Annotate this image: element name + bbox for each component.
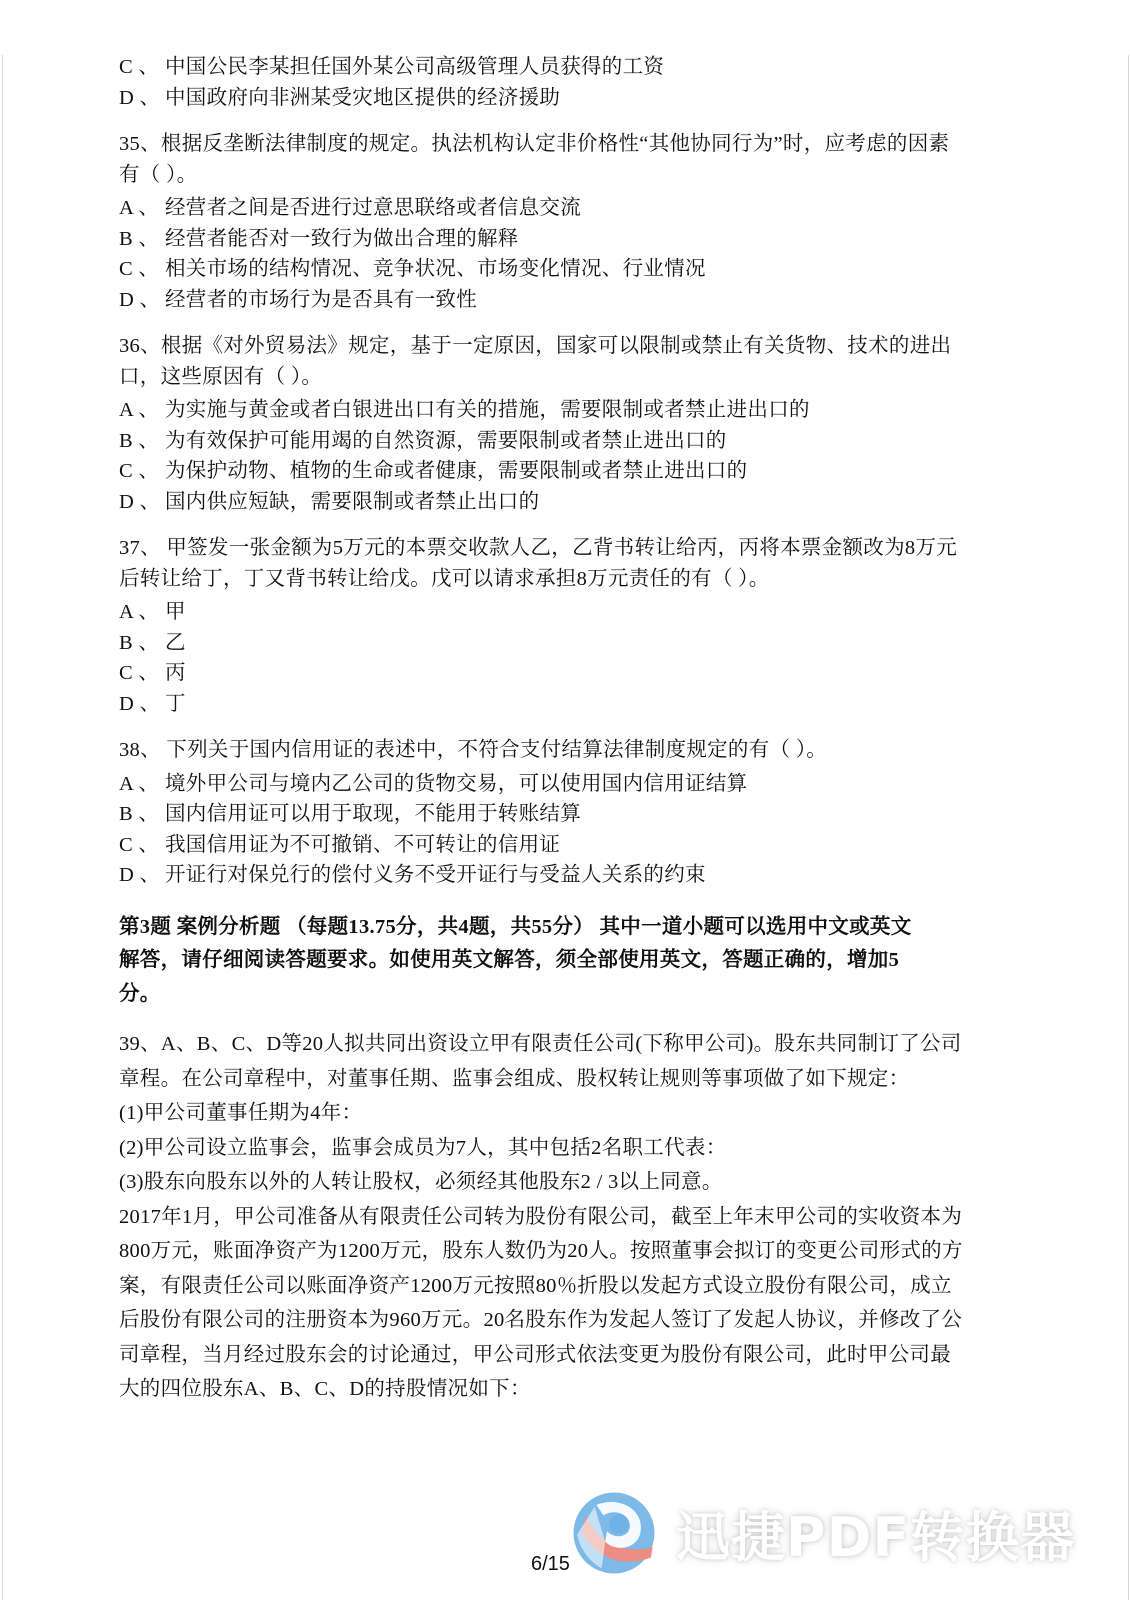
option-text: 经营者之间是否进行过意思联络或者信息交流 (165, 193, 581, 224)
case-text-line: 章程。在公司章程中，对董事任期、监事会组成、股权转让规则等事项做了如下规定： (119, 1062, 999, 1097)
option-c: C 、 我国信用证为不可撤销、不可转让的信用证 (119, 830, 999, 861)
option-text: 中国政府向非洲某受灾地区提供的经济援助 (165, 83, 560, 114)
option-text: 甲 (165, 597, 186, 628)
option-d: D 、 国内供应短缺，需要限制或者禁止出口的 (119, 487, 999, 518)
page-edge-right (1128, 55, 1129, 1600)
question-stem: 38、 下列关于国内信用证的表述中，不符合支付结算法律制度规定的有（ ）。 (119, 735, 999, 766)
option-separator: 、 (138, 773, 159, 795)
option-text: 相关市场的结构情况、竞争状况、市场变化情况、行业情况 (165, 254, 706, 285)
option-text: 中国公民李某担任国外某公司高级管理人员获得的工资 (165, 52, 664, 83)
case-rule-item: (2)甲公司设立监事会，监事会成员为7人，其中包括2名职工代表： (119, 1131, 999, 1166)
option-letter: B (119, 632, 133, 654)
question-stem: 36、根据《对外贸易法》规定，基于一定原因，国家可以限制或禁止有关货物、技术的进… (119, 331, 999, 392)
option-separator: 、 (138, 632, 159, 654)
option-text: 国内供应短缺，需要限制或者禁止出口的 (165, 487, 539, 518)
option-b: B 、 为有效保护可能用竭的自然资源，需要限制或者禁止进出口的 (119, 426, 999, 457)
option-separator: 、 (138, 803, 159, 825)
question-39: 39、A、B、C、D等20人拟共同出资设立甲有限责任公司(下称甲公司)。股东共同… (119, 1027, 999, 1407)
option-text: 乙 (165, 628, 186, 659)
case-rule-item: (3)股东向股东以外的人转让股权，必须经其他股东2 / 3以上同意。 (119, 1165, 999, 1200)
option-d: D 、 中国政府向非洲某受灾地区提供的经济援助 (119, 83, 999, 114)
option-separator: 、 (140, 864, 161, 886)
option-letter: B (119, 430, 133, 452)
option-d: D 、 丁 (119, 689, 999, 720)
option-separator: 、 (138, 430, 159, 452)
question-stem-line: 有（ ）。 (119, 160, 999, 191)
section-header-line: 解答，请仔细阅读答题要求。如使用英文解答，须全部使用英文，答题正确的，增加5 (119, 944, 999, 978)
option-letter: B (119, 803, 133, 825)
option-letter: C (119, 56, 133, 78)
option-letter: B (119, 228, 133, 250)
option-separator: 、 (138, 399, 159, 421)
option-a: A 、 为实施与黄金或者白银进出口有关的措施，需要限制或者禁止进出口的 (119, 395, 999, 426)
section-header-line: 分。 (119, 978, 999, 1012)
prev-question-options: C 、 中国公民李某担任国外某公司高级管理人员获得的工资 D 、 中国政府向非洲… (119, 52, 999, 113)
option-c: C 、 相关市场的结构情况、竞争状况、市场变化情况、行业情况 (119, 254, 999, 285)
option-letter: A (119, 399, 133, 421)
page-number: 6/15 (531, 1553, 570, 1576)
option-text: 国内信用证可以用于取现，不能用于转账结算 (165, 799, 581, 830)
question-stem-line: 36、根据《对外贸易法》规定，基于一定原因，国家可以限制或禁止有关货物、技术的进… (119, 331, 999, 362)
option-text: 开证行对保兑行的偿付义务不受开证行与受益人关系的约束 (165, 860, 706, 891)
option-separator: 、 (138, 834, 159, 856)
section-header: 第3题 案例分析题 （每题13.75分，共4题，共55分） 其中一道小题可以选用… (119, 911, 999, 1012)
case-text-line: 司章程，当月经过股东会的讨论通过，甲公司形式依法变更为股份有限公司，此时甲公司最 (119, 1338, 999, 1373)
option-separator: 、 (138, 601, 159, 623)
option-separator: 、 (138, 197, 159, 219)
option-text: 为保护动物、植物的生命或者健康，需要限制或者禁止进出口的 (165, 456, 747, 487)
option-text: 丙 (165, 658, 186, 689)
question-38: 38、 下列关于国内信用证的表述中，不符合支付结算法律制度规定的有（ ）。 A … (119, 735, 999, 891)
option-letter: A (119, 601, 133, 623)
case-text-line: 2017年1月，甲公司准备从有限责任公司转为股份有限公司，截至上年末甲公司的实收… (119, 1200, 999, 1235)
question-stem-line: 口，这些原因有（ ）。 (119, 362, 999, 393)
option-letter: C (119, 662, 133, 684)
question-37: 37、 甲签发一张金额为5万元的本票交收款人乙，乙背书转让给丙，丙将本票金额改为… (119, 533, 999, 719)
option-separator: 、 (140, 289, 161, 311)
option-text: 经营者能否对一致行为做出合理的解释 (165, 224, 519, 255)
question-stem-line: 35、根据反垄断法律制度的规定。执法机构认定非价格性“其他协同行为”时，应考虑的… (119, 129, 999, 160)
watermark: 迅捷PDF转换器 (570, 1483, 1090, 1583)
option-letter: D (119, 289, 134, 311)
option-letter: D (119, 864, 134, 886)
case-rule-item: (1)甲公司董事任期为4年： (119, 1096, 999, 1131)
option-separator: 、 (140, 491, 161, 513)
option-letter: C (119, 258, 133, 280)
option-separator: 、 (138, 460, 159, 482)
option-separator: 、 (138, 662, 159, 684)
question-35: 35、根据反垄断法律制度的规定。执法机构认定非价格性“其他协同行为”时，应考虑的… (119, 129, 999, 315)
watermark-text: 迅捷PDF转换器 (676, 1495, 1075, 1572)
option-b: B 、 乙 (119, 628, 999, 659)
option-text: 为实施与黄金或者白银进出口有关的措施，需要限制或者禁止进出口的 (165, 395, 810, 426)
option-separator: 、 (138, 228, 159, 250)
case-text-line: 800万元，账面净资产为1200万元，股东人数仍为20人。按照董事会拟订的变更公… (119, 1234, 999, 1269)
option-a: A 、 经营者之间是否进行过意思联络或者信息交流 (119, 193, 999, 224)
option-text: 丁 (165, 689, 186, 720)
case-text-line: 后股份有限公司的注册资本为960万元。20名股东作为发起人签订了发起人协议，并修… (119, 1303, 999, 1338)
option-c: C 、 为保护动物、植物的生命或者健康，需要限制或者禁止进出口的 (119, 456, 999, 487)
question-stem-line: 后转让给丁，丁又背书转让给戊。戊可以请求承担8万元责任的有（ ）。 (119, 564, 999, 595)
option-a: A 、 境外甲公司与境内乙公司的货物交易，可以使用国内信用证结算 (119, 769, 999, 800)
option-text: 我国信用证为不可撤销、不可转让的信用证 (165, 830, 560, 861)
page-edge-left (2, 55, 3, 1600)
option-letter: A (119, 773, 133, 795)
option-a: A 、 甲 (119, 597, 999, 628)
option-c: C 、 中国公民李某担任国外某公司高级管理人员获得的工资 (119, 52, 999, 83)
option-letter: C (119, 460, 133, 482)
option-separator: 、 (140, 87, 161, 109)
option-text: 境外甲公司与境内乙公司的货物交易，可以使用国内信用证结算 (165, 769, 747, 800)
option-letter: D (119, 693, 134, 715)
case-text-line: 案，有限责任公司以账面净资产1200万元按照80％折股以发起方式设立股份有限公司… (119, 1269, 999, 1304)
case-text-line: 大的四位股东A、B、C、D的持股情况如下： (119, 1372, 999, 1407)
option-letter: D (119, 491, 134, 513)
section-header-line: 第3题 案例分析题 （每题13.75分，共4题，共55分） 其中一道小题可以选用… (119, 911, 999, 945)
case-text-line: 39、A、B、C、D等20人拟共同出资设立甲有限责任公司(下称甲公司)。股东共同… (119, 1027, 999, 1062)
option-separator: 、 (138, 56, 159, 78)
option-letter: C (119, 834, 133, 856)
option-letter: D (119, 87, 134, 109)
question-stem: 35、根据反垄断法律制度的规定。执法机构认定非价格性“其他协同行为”时，应考虑的… (119, 129, 999, 190)
option-c: C 、 丙 (119, 658, 999, 689)
document-page: C 、 中国公民李某担任国外某公司高级管理人员获得的工资 D 、 中国政府向非洲… (119, 52, 999, 1407)
option-text: 为有效保护可能用竭的自然资源，需要限制或者禁止进出口的 (165, 426, 727, 457)
option-letter: A (119, 197, 133, 219)
option-b: B 、 国内信用证可以用于取现，不能用于转账结算 (119, 799, 999, 830)
option-text: 经营者的市场行为是否具有一致性 (165, 285, 477, 316)
option-d: D 、 开证行对保兑行的偿付义务不受开证行与受益人关系的约束 (119, 860, 999, 891)
question-stem: 37、 甲签发一张金额为5万元的本票交收款人乙，乙背书转让给丙，丙将本票金额改为… (119, 533, 999, 594)
xunjie-pdf-logo-icon (570, 1489, 658, 1577)
option-d: D 、 经营者的市场行为是否具有一致性 (119, 285, 999, 316)
option-separator: 、 (140, 693, 161, 715)
question-stem-line: 37、 甲签发一张金额为5万元的本票交收款人乙，乙背书转让给丙，丙将本票金额改为… (119, 533, 999, 564)
option-separator: 、 (138, 258, 159, 280)
question-36: 36、根据《对外贸易法》规定，基于一定原因，国家可以限制或禁止有关货物、技术的进… (119, 331, 999, 517)
question-stem-line: 38、 下列关于国内信用证的表述中，不符合支付结算法律制度规定的有（ ）。 (119, 735, 999, 766)
option-b: B 、 经营者能否对一致行为做出合理的解释 (119, 224, 999, 255)
